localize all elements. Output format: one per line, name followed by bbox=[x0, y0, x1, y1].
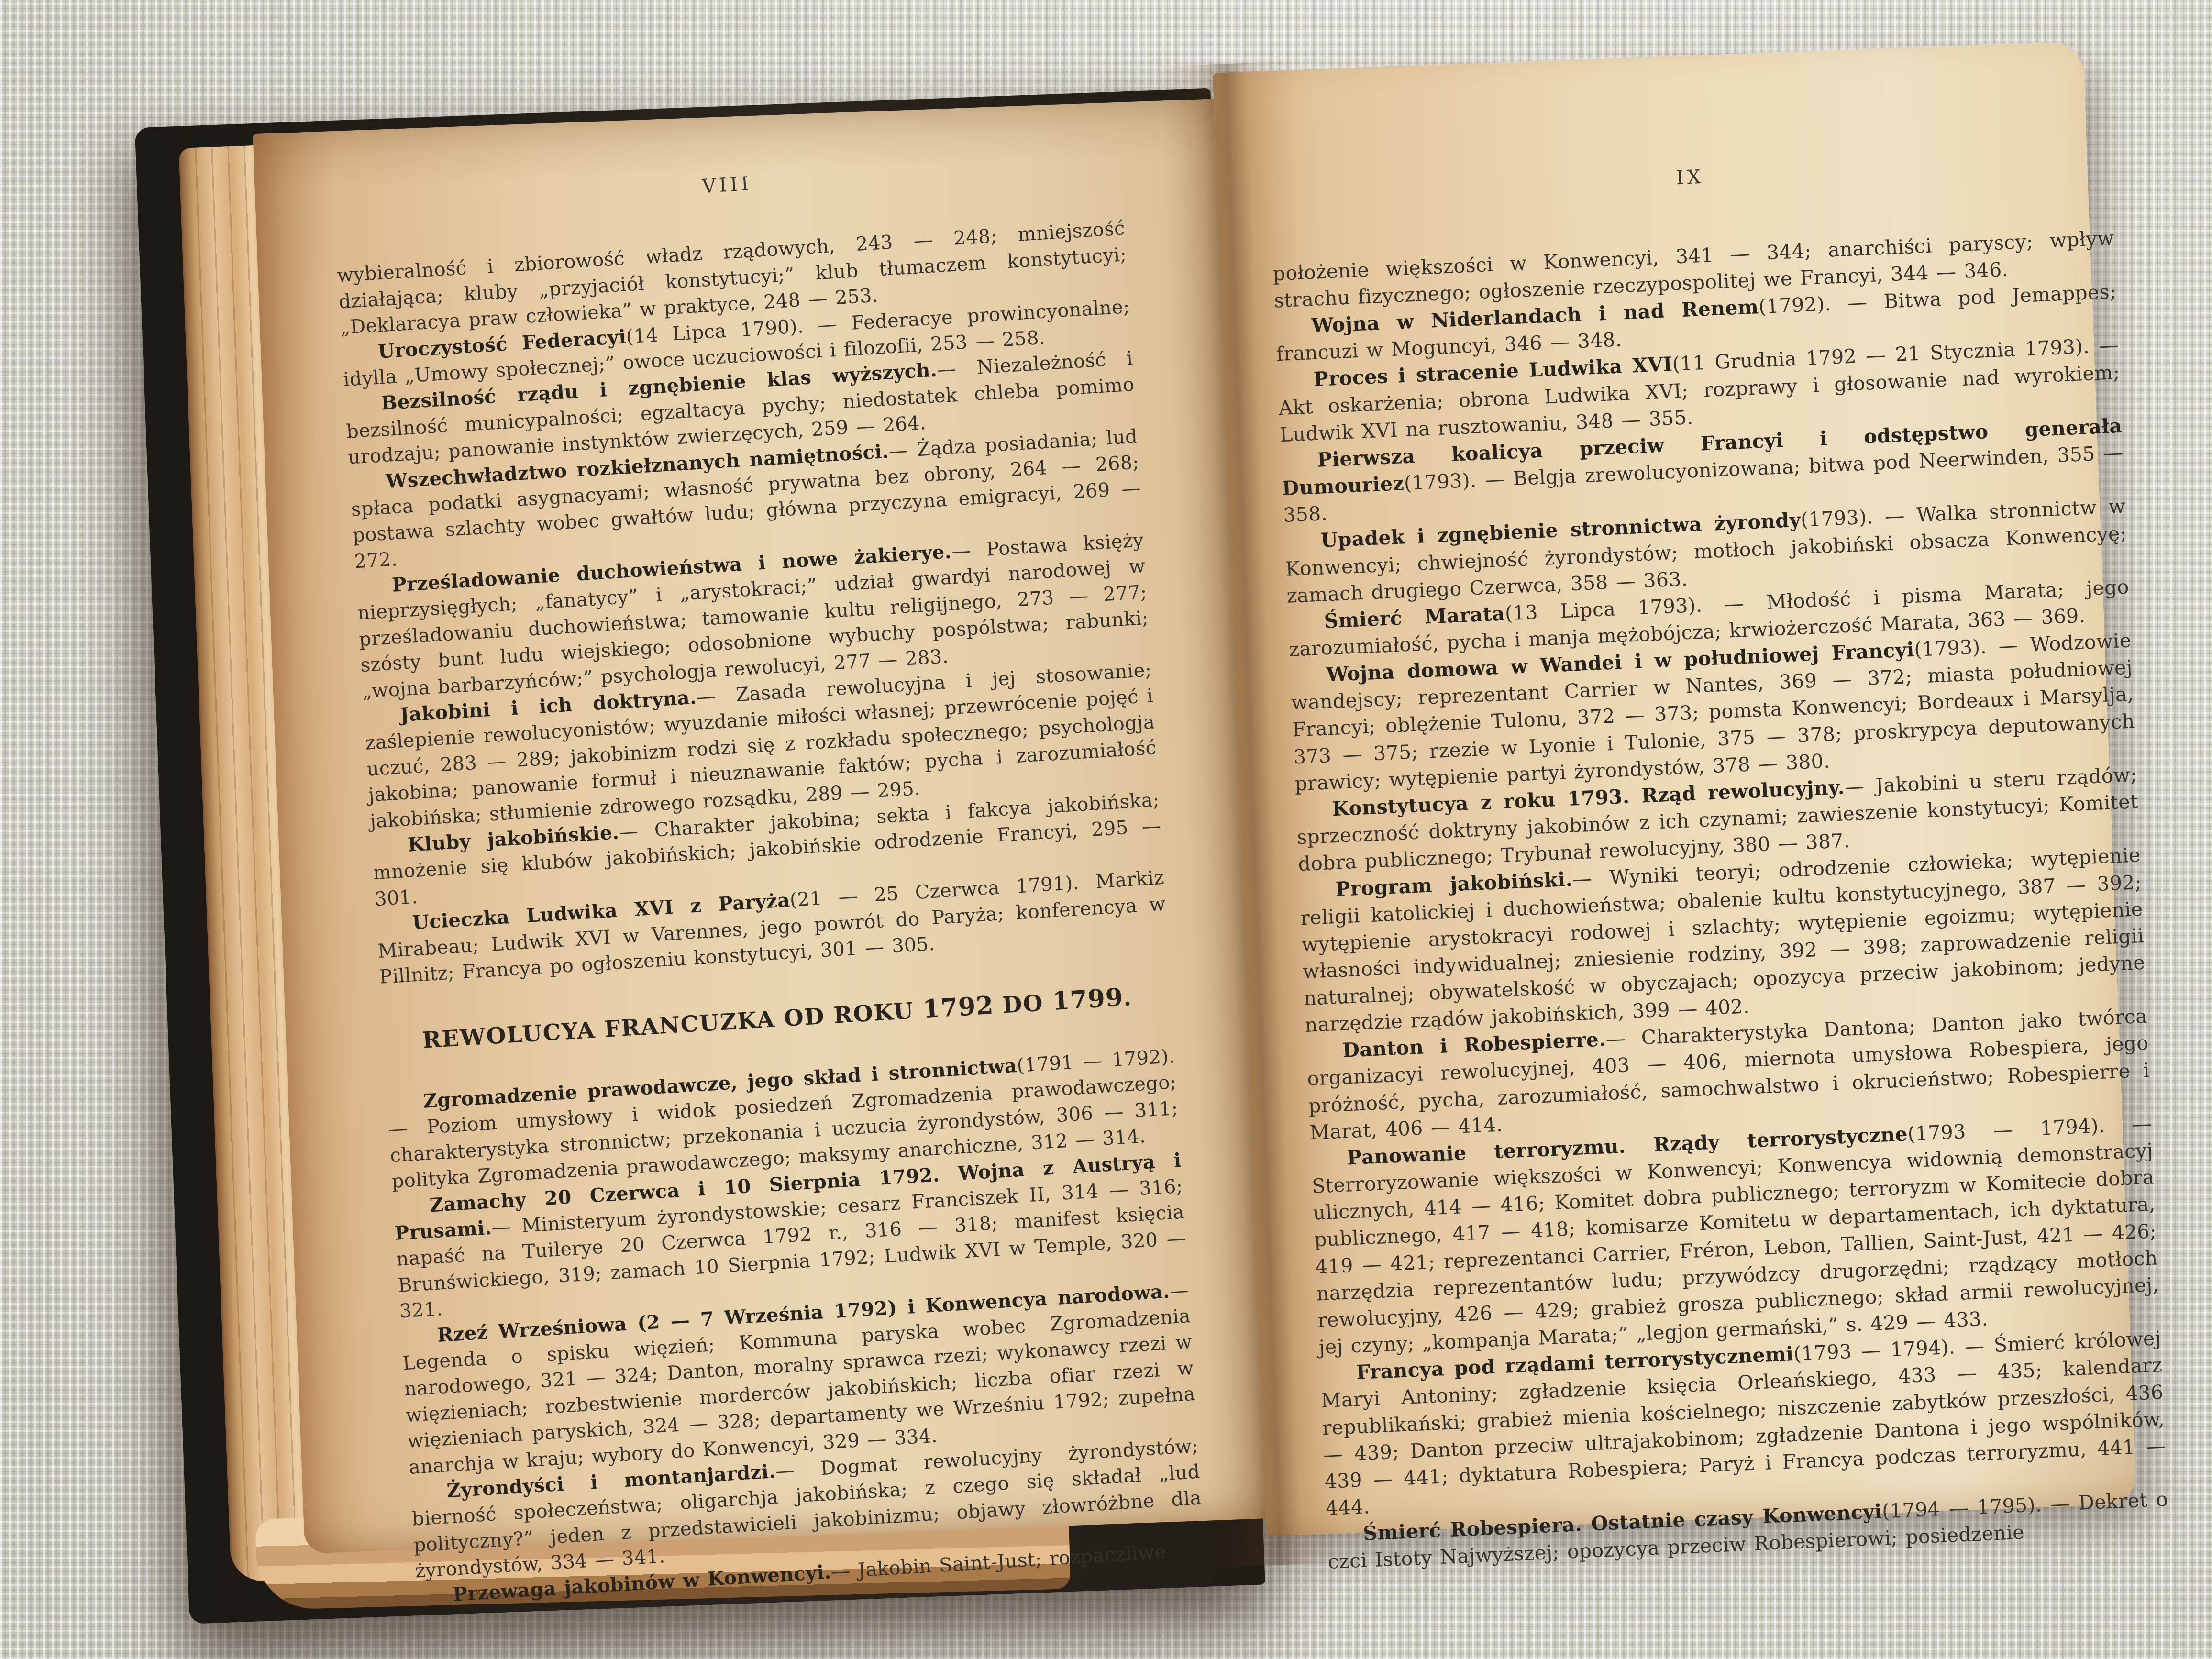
left-page: VIII wybieralność i zbiorowość władz rzą… bbox=[253, 99, 1265, 1554]
toc-entries-bottom: Zgromadzenie prawodawcze, jego skład i s… bbox=[386, 1043, 1205, 1610]
open-book: VIII wybieralność i zbiorowość władz rzą… bbox=[129, 0, 2177, 1653]
section-heading-text: DO bbox=[993, 990, 1053, 1019]
photo-of-open-book: VIII wybieralność i zbiorowość władz rzą… bbox=[0, 0, 2212, 1659]
page-number-right: IX bbox=[1269, 146, 2112, 209]
section-heading-year: 1799 bbox=[1051, 983, 1124, 1017]
section-heading-year: 1792 bbox=[922, 991, 995, 1024]
toc-entry-heading: Śmierć Marata bbox=[1324, 602, 1505, 632]
toc-entries-top: wybieralność i zbiorowość władz rządowyc… bbox=[336, 216, 1168, 990]
toc-entry: Panowanie terroryzmu. Rządy terrorystycz… bbox=[1310, 1110, 2161, 1360]
right-page: IX położenie większości w Konwencyi, 341… bbox=[1213, 41, 2136, 1536]
left-page-text: VIII wybieralność i zbiorowość władz rzą… bbox=[332, 149, 1206, 1611]
section-heading-text: REWOLUCYA FRANCUZKA OD ROKU bbox=[421, 997, 923, 1054]
toc-entries-right: położenie większości w Konwencyi, 341 — … bbox=[1272, 224, 2170, 1575]
section-heading-text: . bbox=[1122, 985, 1133, 1012]
section-heading: REWOLUCYA FRANCUZKA OD ROKU 1792 DO 1799… bbox=[382, 978, 1172, 1060]
right-page-text: IX położenie większości w Konwencyi, 341… bbox=[1269, 146, 2170, 1575]
page-number-left: VIII bbox=[332, 149, 1122, 222]
